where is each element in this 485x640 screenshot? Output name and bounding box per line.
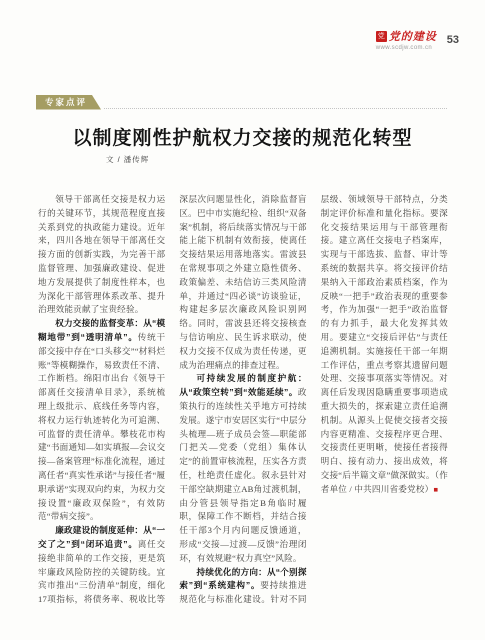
paragraph-subhead: 权力交接的监督变革：从“模糊地带”到“透明清单”。 <box>38 318 165 342</box>
paragraph-subhead: 廉政建设的制度延伸：从“一交了之”到“闭环追责”。 <box>38 525 165 549</box>
article-paragraph: 权力交接的监督变革：从“模糊地带”到“透明清单”。传统干部交接中存在“口头移交”… <box>38 317 165 524</box>
magazine-website: www.scdjw.com.cn <box>376 45 432 51</box>
masthead: 党 党的建设 www.scdjw.com.cn <box>376 28 437 51</box>
magazine-seal-icon: 党 <box>376 31 387 42</box>
article-paragraph: 领导干部离任交接是权力运行的关键环节，其规范程度直接关系到党的执政能力建设。近年… <box>38 193 165 317</box>
page-number: 53 <box>447 34 459 46</box>
paragraph-subhead: 可持续发展的制度护航：从“政策空转”到“效能延续”。 <box>179 373 306 397</box>
article-body: 领导干部离任交接是权力运行的关键环节，其规范程度直接关系到党的执政能力建设。近年… <box>38 193 448 611</box>
dotted-divider <box>104 108 447 109</box>
article-end-mark: ■ <box>433 485 438 494</box>
section-tag: 专家点评 <box>36 95 101 110</box>
magazine-brand: 党的建设 <box>389 28 437 44</box>
article-title: 以制度刚性护航权力交接的规范化转型 <box>38 123 447 150</box>
magazine-page: 党 党的建设 www.scdjw.com.cn 53 专家点评 以制度刚性护航权… <box>0 0 485 640</box>
page-header: 党 党的建设 www.scdjw.com.cn 53 <box>376 28 459 51</box>
paragraph-subhead: 持续优化的方向：从“个别探索”到“系统建构”。 <box>179 567 306 591</box>
article-paragraph: 可持续发展的制度护航：从“政策空转”到“效能延续”。政策执行的连续性关乎地方可持… <box>179 372 306 565</box>
magazine-logo: 党 党的建设 <box>376 28 437 44</box>
article-byline: 文 / 潘传辉 <box>106 154 149 165</box>
section-tag-row: 专家点评 <box>36 95 447 110</box>
